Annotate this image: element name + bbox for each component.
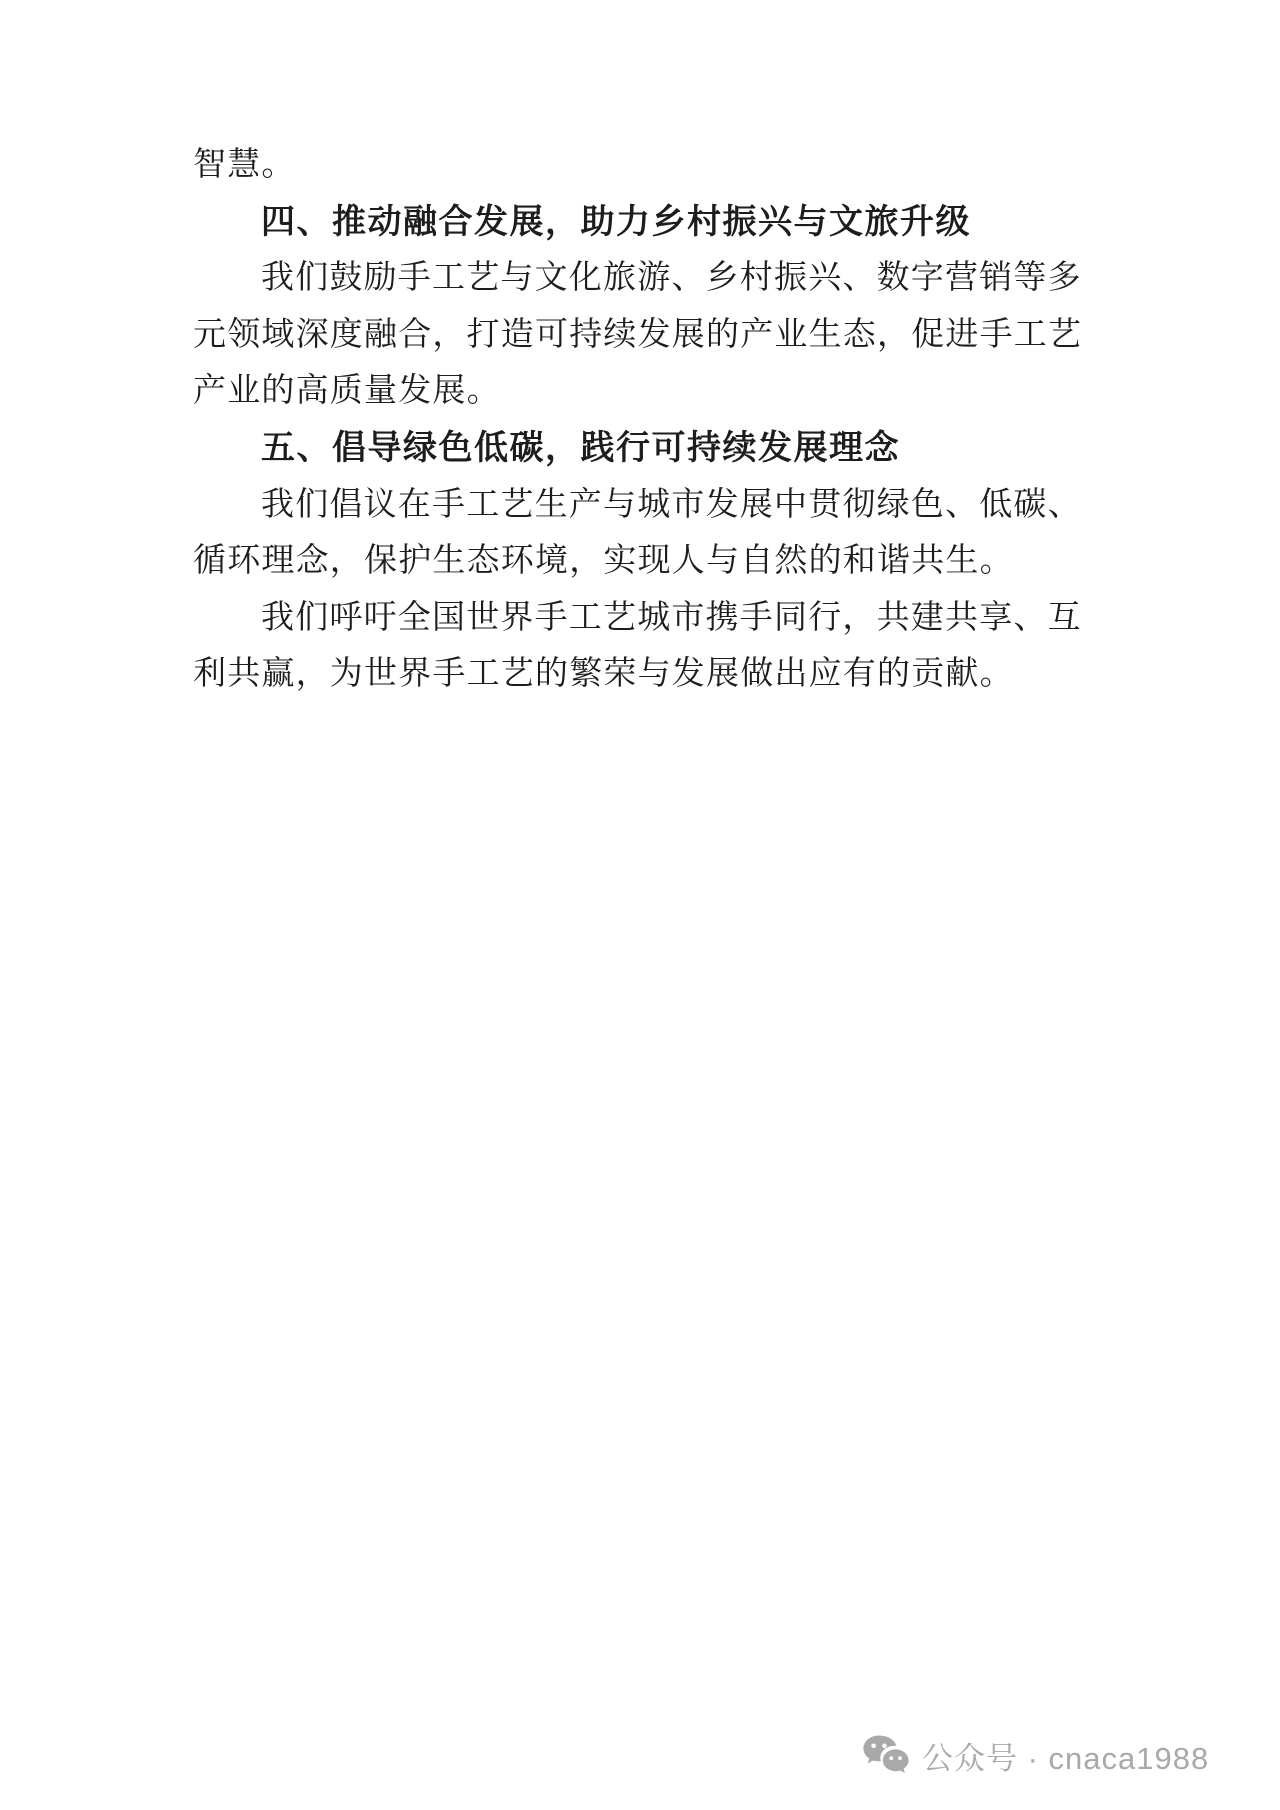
wechat-account-label: 公众号 · cnaca1988 [922,1733,1209,1778]
document-page: 智慧。 四、推动融合发展，助力乡村振兴与文旅升级 我们鼓励手工艺与文化旅游、乡村… [0,0,1280,1810]
body-line: 我们鼓励手工艺与文化旅游、乡村振兴、数字营销等多 [193,250,1085,307]
body-line: 我们呼吁全国世界手工艺城市携手同行，共建共享、互 [193,590,1085,647]
section-heading-4: 四、推动融合发展，助力乡村振兴与文旅升级 [193,194,1085,251]
body-line: 利共赢，为世界手工艺的繁荣与发展做出应有的贡献。 [193,646,1085,703]
section-heading-5: 五、倡导绿色低碳，践行可持续发展理念 [193,420,1085,477]
body-line: 元领域深度融合，打造可持续发展的产业生态，促进手工艺 [193,307,1085,364]
wechat-watermark: 公众号 · cnaca1988 [862,1733,1209,1778]
body-line: 智慧。 [193,137,1085,194]
wechat-icon [862,1734,910,1778]
body-line: 循环理念，保护生态环境，实现人与自然的和谐共生。 [193,533,1085,590]
body-line: 我们倡议在手工艺生产与城市发展中贯彻绿色、低碳、 [193,477,1085,534]
body-line: 产业的高质量发展。 [193,363,1085,420]
document-body: 智慧。 四、推动融合发展，助力乡村振兴与文旅升级 我们鼓励手工艺与文化旅游、乡村… [193,137,1085,703]
